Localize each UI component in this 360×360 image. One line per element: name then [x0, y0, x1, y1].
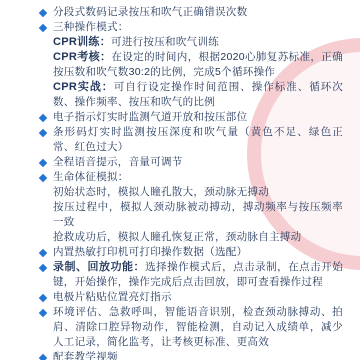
sim-line: 初始状态时，模拟人瞳孔散大，颈动脉无搏动 [53, 185, 343, 200]
mode-label: CPR实战： [53, 81, 114, 93]
diamond-bullet-icon [39, 128, 47, 136]
diamond-bullet-icon [39, 8, 47, 16]
diamond-bullet-icon [39, 113, 47, 121]
diamond-bullet-icon [39, 158, 47, 166]
diamond-bullet-icon [39, 353, 47, 360]
feature-item: 电极片粘贴位置亮灯指示 [53, 290, 343, 305]
feature-item: 录制、回放功能：选择操作模式后，点击录制，在点击开始键，开始操作，操作完成后点击… [53, 260, 343, 290]
feature-item: 三种操作模式： [53, 20, 343, 35]
feature-text: 全程语音提示，音量可调节 [53, 155, 343, 170]
feature-item: 全程语音提示，音量可调节 [53, 155, 343, 170]
mode-label: CPR训练： [53, 36, 111, 48]
mode-line: CPR训练：可进行按压和吹气训练 [53, 35, 343, 50]
mode-text: 可进行按压和吹气训练 [111, 36, 219, 48]
feature-item: 配套教学视频 [53, 350, 343, 360]
feature-text: 录制、回放功能：选择操作模式后，点击录制，在点击开始键，开始操作，操作完成后点击… [53, 260, 343, 290]
feature-text: 生命体征模拟： [53, 170, 343, 185]
diamond-bullet-icon [39, 293, 47, 301]
mode-label: CPR考核： [53, 51, 111, 63]
feature-list: 分段式数码记录按压和吹气正确错误次数 三种操作模式： CPR训练：可进行按压和吹… [0, 0, 360, 360]
diamond-bullet-icon [39, 263, 47, 271]
mode-line: CPR实战：可自行设定操作时间范围、操作标准、循环次数、操作频率、按压和吹气的比… [53, 80, 343, 110]
feature-item: 生命体征模拟： [53, 170, 343, 185]
sim-line: 抢救成功后，模拟人瞳孔恢复正常，颈动脉自主搏动 [53, 230, 343, 245]
feature-item: 条形码灯实时监测按压深度和吹气量（黄色不足、绿色正常、红色过大） [53, 125, 343, 155]
feature-text: 三种操作模式： [53, 20, 343, 35]
feature-item: 分段式数码记录按压和吹气正确错误次数 [53, 5, 343, 20]
mode-line: CPR考核：在设定的时间内，根据2020心肺复苏标准，正确按压数和吹气数30:2… [53, 50, 343, 80]
diamond-bullet-icon [39, 248, 47, 256]
feature-text: 电子指示灯实时监测气道开放和按压部位 [53, 110, 343, 125]
feature-item: 环境评估、急救呼叫，智能语音识别，检查颈动脉搏动、拍肩、清除口腔异物动作，智能检… [53, 305, 343, 350]
spec-sheet-page: 分段式数码记录按压和吹气正确错误次数 三种操作模式： CPR训练：可进行按压和吹… [0, 0, 360, 360]
diamond-bullet-icon [39, 173, 47, 181]
sim-line: 按压过程中，模拟人颈动脉被动搏动，搏动频率与按压频率一致 [53, 200, 343, 230]
diamond-bullet-icon [39, 308, 47, 316]
feature-text: 内置热敏打印机可打印操作数据（选配） [53, 245, 343, 260]
feature-text: 条形码灯实时监测按压深度和吹气量（黄色不足、绿色正常、红色过大） [53, 125, 343, 155]
feature-text: 配套教学视频 [53, 350, 343, 360]
feature-text: 电极片粘贴位置亮灯指示 [53, 290, 343, 305]
feature-label: 录制、回放功能： [53, 261, 145, 273]
feature-item: 内置热敏打印机可打印操作数据（选配） [53, 245, 343, 260]
feature-text: 分段式数码记录按压和吹气正确错误次数 [53, 5, 343, 20]
diamond-bullet-icon [39, 23, 47, 31]
feature-text: 环境评估、急救呼叫，智能语音识别，检查颈动脉搏动、拍肩、清除口腔异物动作，智能检… [53, 305, 343, 350]
feature-item: 电子指示灯实时监测气道开放和按压部位 [53, 110, 343, 125]
